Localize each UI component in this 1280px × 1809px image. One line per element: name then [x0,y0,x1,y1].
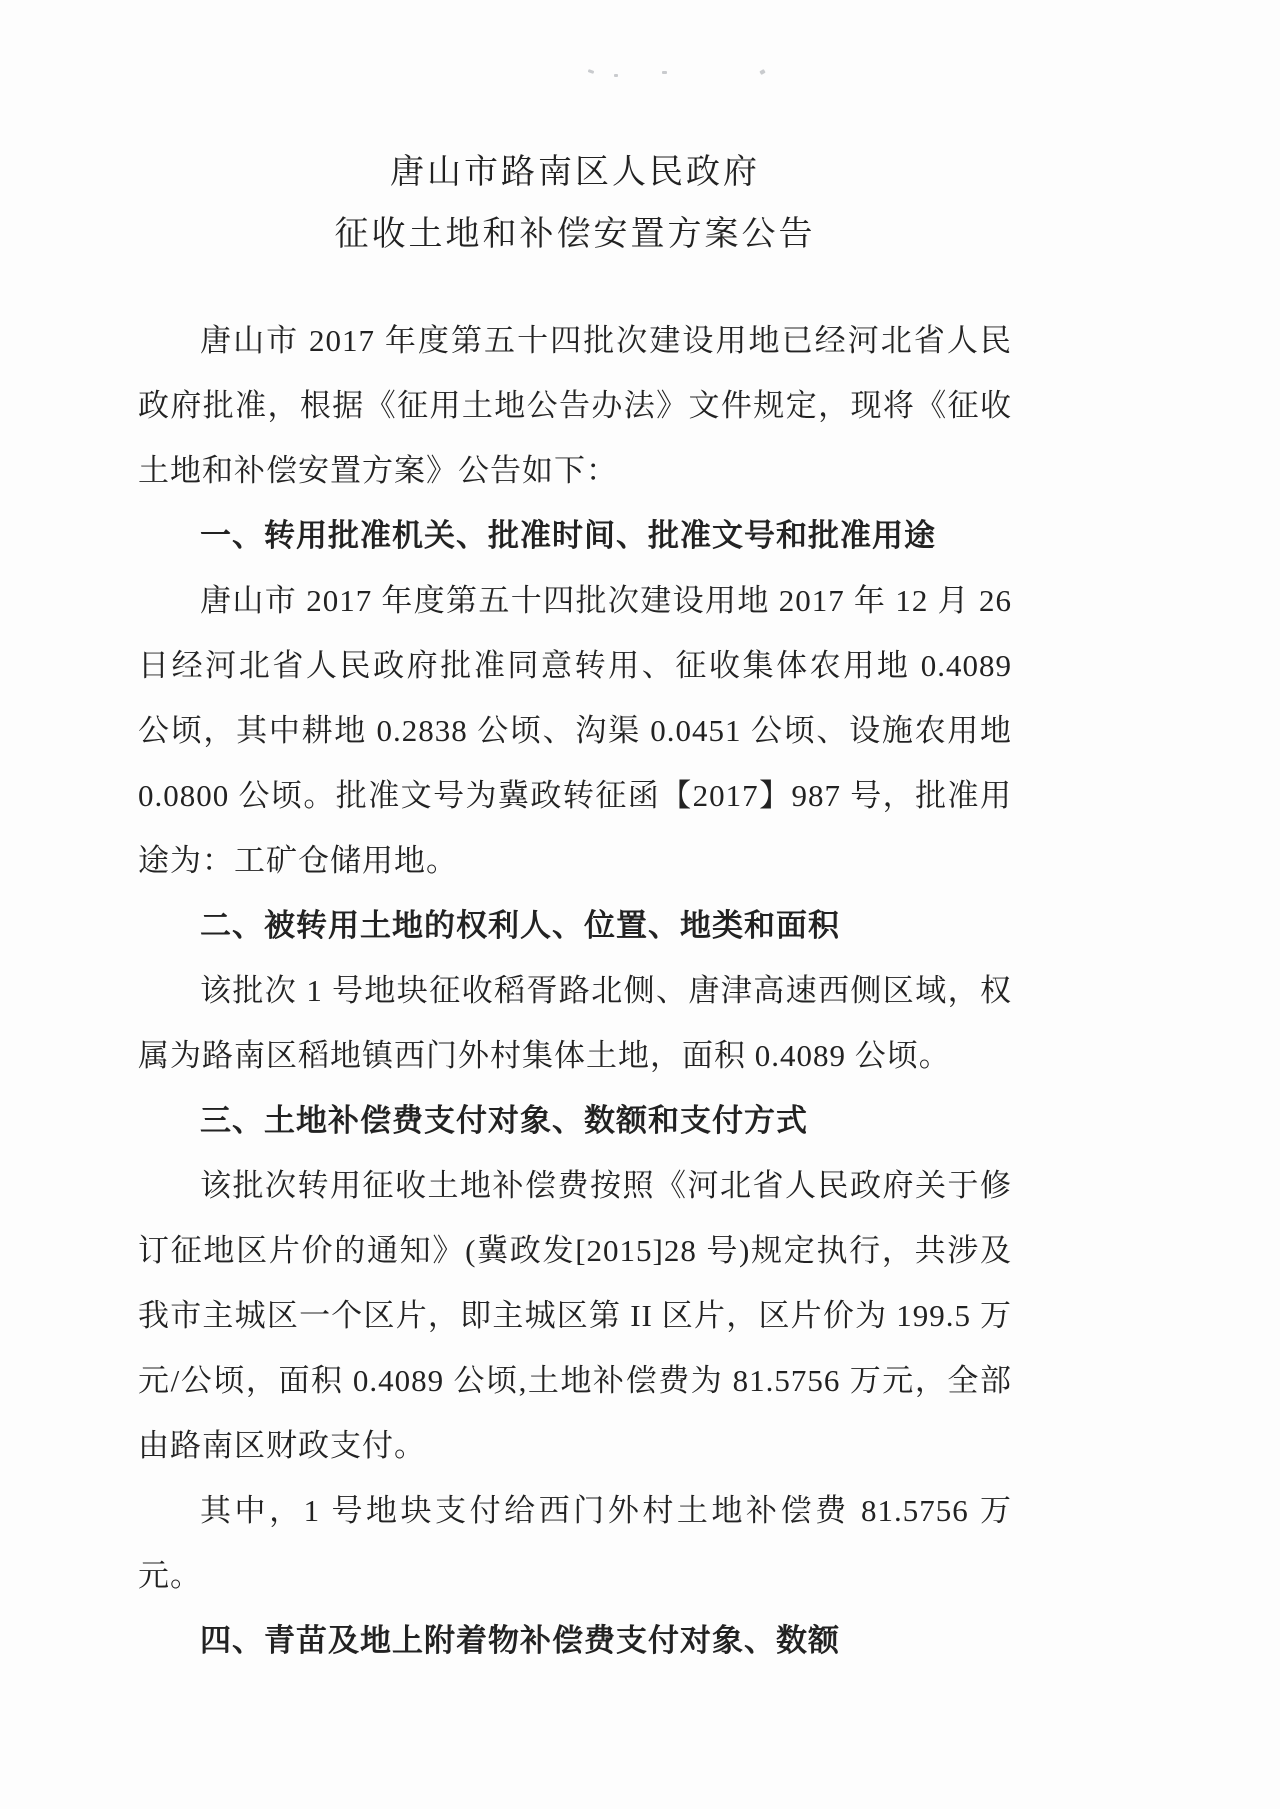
scan-artifact [759,69,765,75]
scan-artifact [614,74,618,77]
title-line-2: 征收土地和补偿安置方案公告 [138,204,1012,266]
document-body: 唐山市 2017 年度第五十四批次建设用地已经河北省人民政府批准，根据《征用土地… [138,308,1012,1673]
section-heading-3: 三、土地补偿费支付对象、数额和支付方式 [138,1088,1012,1153]
section-heading-1: 一、转用批准机关、批准时间、批准文号和批准用途 [138,503,1012,568]
body-paragraph-payment-detail: 其中，1 号地块支付给西门外村土地补偿费 81.5756 万元。 [138,1478,1012,1608]
section-heading-4: 四、青苗及地上附着物补偿费支付对象、数额 [138,1608,1012,1673]
body-paragraph-compensation: 该批次转用征收土地补偿费按照《河北省人民政府关于修订征地区片价的通知》(冀政发[… [138,1153,1012,1478]
body-paragraph-approval: 唐山市 2017 年度第五十四批次建设用地 2017 年 12 月 26 日经河… [138,568,1012,893]
document-content: 唐山市路南区人民政府 征收土地和补偿安置方案公告 唐山市 2017 年度第五十四… [138,142,1012,1673]
body-paragraph-intro: 唐山市 2017 年度第五十四批次建设用地已经河北省人民政府批准，根据《征用土地… [138,308,1012,503]
scan-artifact [662,71,667,74]
section-heading-2: 二、被转用土地的权利人、位置、地类和面积 [138,893,1012,958]
document-title: 唐山市路南区人民政府 征收土地和补偿安置方案公告 [138,142,1012,266]
scan-artifact [588,69,595,74]
body-paragraph-land-location: 该批次 1 号地块征收稻胥路北侧、唐津高速西侧区域，权属为路南区稻地镇西门外村集… [138,958,1012,1088]
scanned-document-page: 唐山市路南区人民政府 征收土地和补偿安置方案公告 唐山市 2017 年度第五十四… [0,0,1280,1809]
title-line-1: 唐山市路南区人民政府 [138,142,1012,204]
